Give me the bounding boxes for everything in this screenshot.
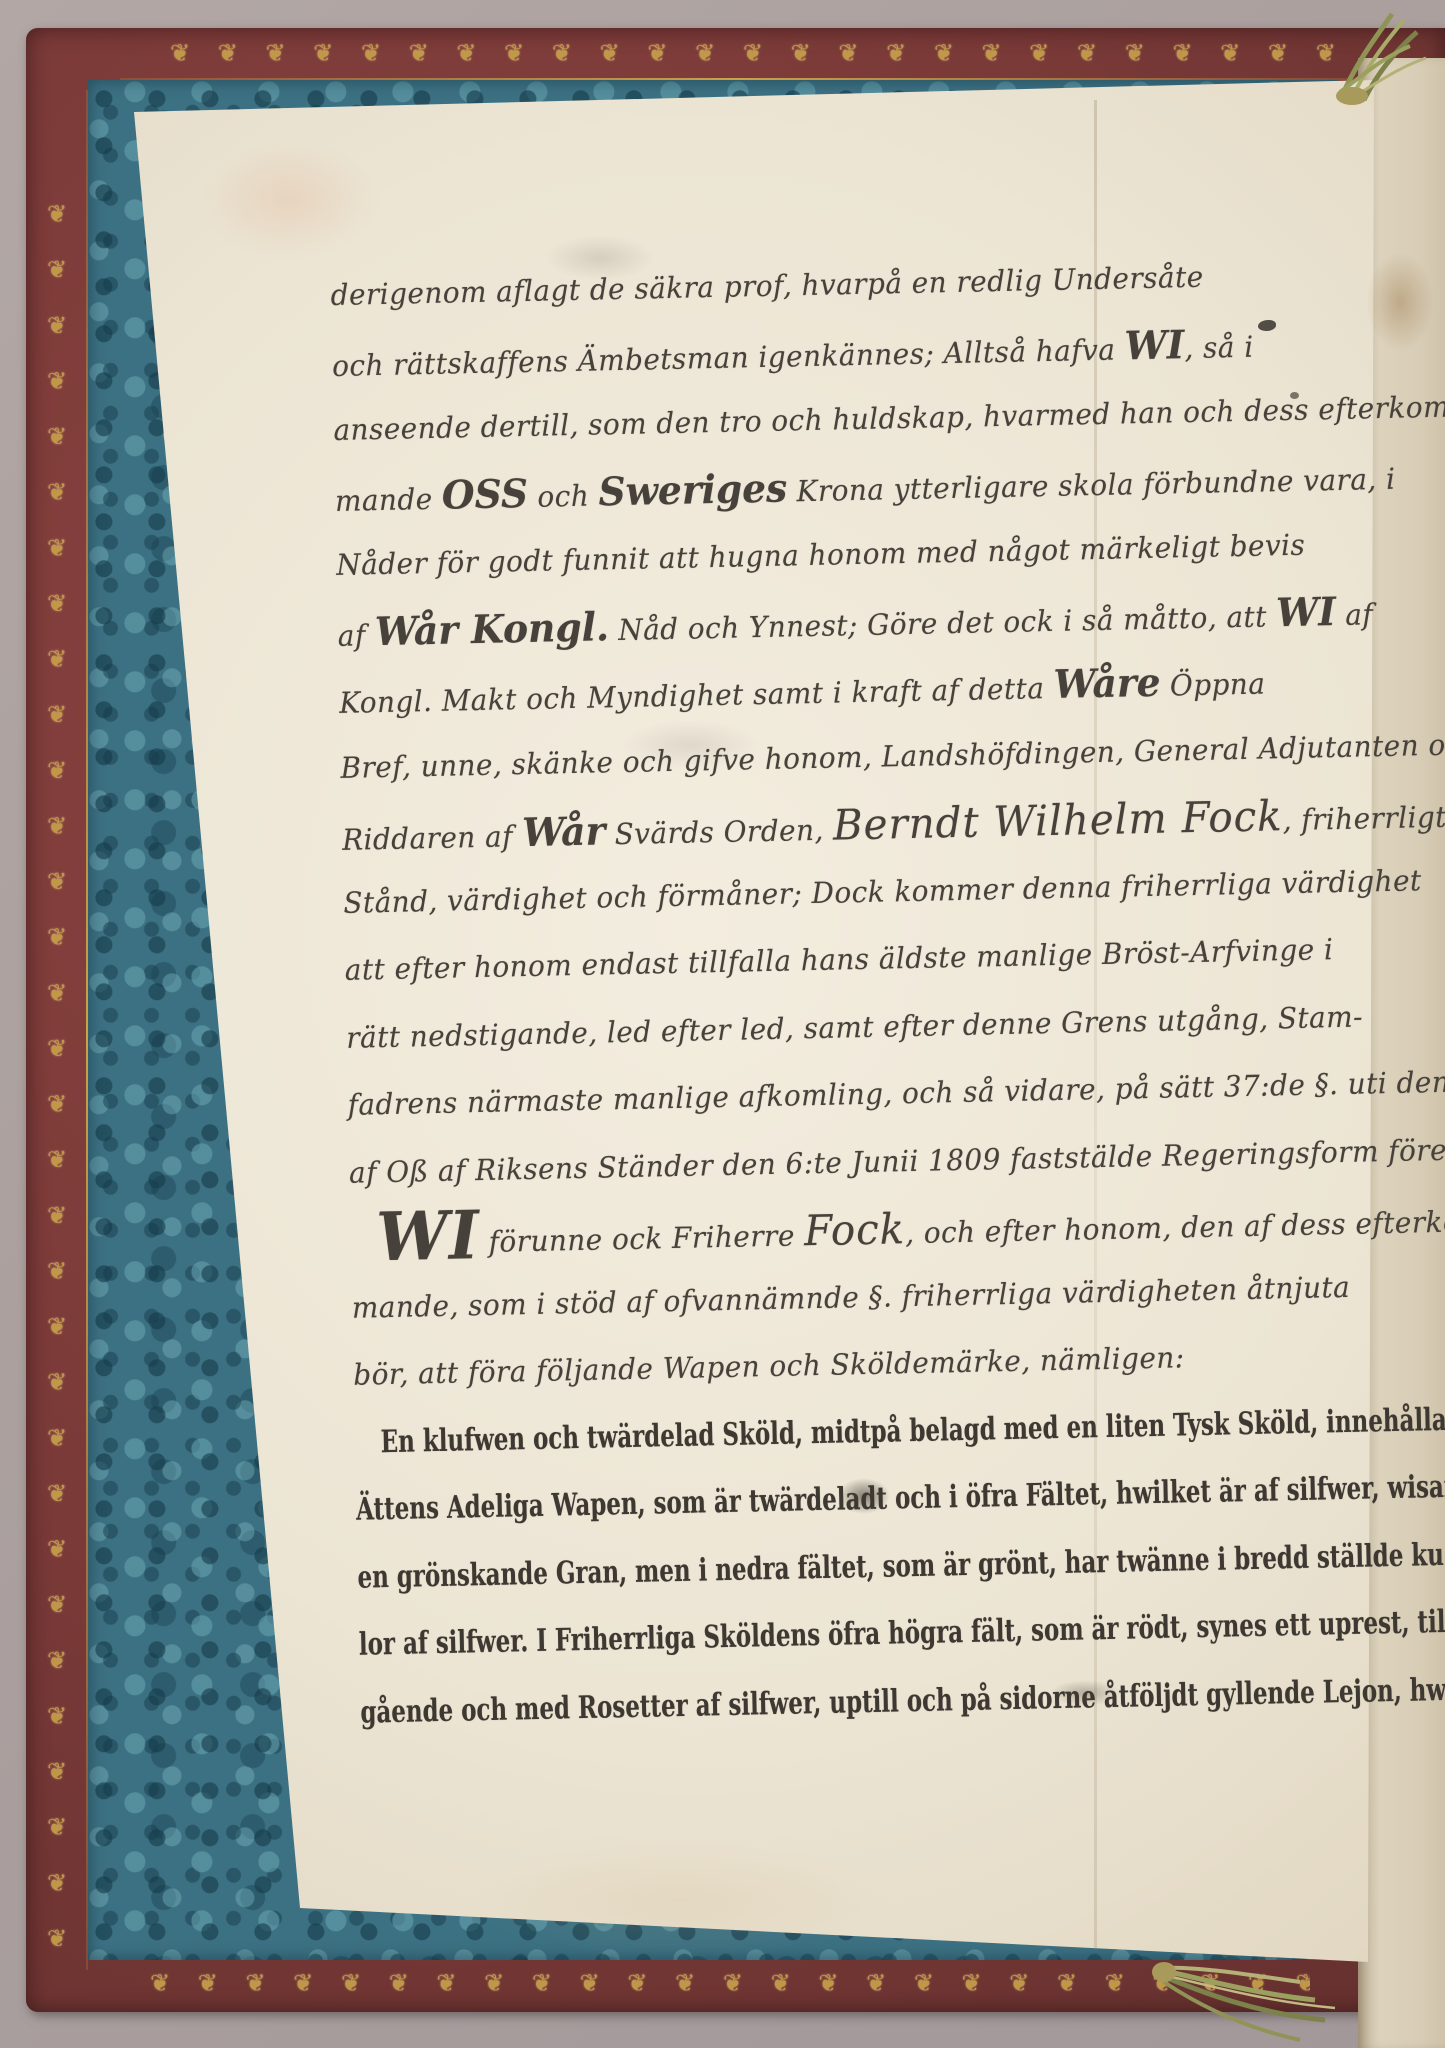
- gold-tooling-left-border: ❦ ❦ ❦ ❦ ❦ ❦ ❦ ❦ ❦ ❦ ❦ ❦ ❦ ❦ ❦ ❦ ❦ ❦ ❦ ❦ …: [34, 200, 74, 1960]
- ornate-word: WI: [376, 1195, 480, 1276]
- handwritten-text: fadrens närmaste manlige afkomling, och …: [347, 1065, 1445, 1122]
- binding-tassel-bottom: [1150, 1958, 1340, 2048]
- ornate-word: Wår: [522, 808, 606, 856]
- ornate-word: Sweriges: [598, 465, 788, 515]
- handwritten-text: af: [1336, 597, 1374, 632]
- handwritten-text: , friherrligt: [1282, 800, 1445, 837]
- handwritten-text: Nåder för godt funnit att hugna honom me…: [336, 528, 1306, 582]
- ornate-word: WI: [1124, 322, 1185, 369]
- handwritten-text: Ättens Adeliga Wapen, som är twärdeladt …: [356, 1469, 1445, 1528]
- handwritten-text: af: [337, 618, 375, 653]
- handwritten-text: En klufwen och twärdelad Sköld, midtpå b…: [380, 1400, 1445, 1459]
- handwritten-text: bör, att föra följande Wapen och Sköldem…: [353, 1340, 1185, 1391]
- handwritten-text: mande, som i stöd af ofvannämnde §. frih…: [352, 1269, 1351, 1324]
- manuscript-text: derigenom aflagt de säkra prof, hvarpå e…: [330, 240, 1391, 1746]
- ornate-word: Wår Kongl.: [374, 604, 609, 655]
- handwritten-text: Bref, unne, skänke och gifve honom, Land…: [340, 727, 1445, 785]
- handwritten-text: Kongl. Makt och Myndighet samt i kraft a…: [339, 671, 1054, 720]
- handwritten-text: lor af silfwer. I Friherrliga Sköldens ö…: [359, 1602, 1445, 1663]
- handwritten-text: Svärds Orden,: [605, 813, 833, 852]
- handwritten-text: och: [528, 478, 599, 513]
- handwritten-text: anseende dertill, som den tro och huldsk…: [333, 389, 1445, 447]
- handwritten-text: , så i: [1184, 329, 1254, 364]
- handwritten-text: Krona ytterligare skola förbundne vara, …: [787, 461, 1396, 508]
- handwritten-text: förunne ock Friherre: [479, 1218, 804, 1259]
- handwritten-text: att efter honom endast tillfalla hans äl…: [344, 932, 1333, 987]
- gold-tooling-top-border: ❦ ❦ ❦ ❦ ❦ ❦ ❦ ❦ ❦ ❦ ❦ ❦ ❦ ❦ ❦ ❦ ❦ ❦ ❦ ❦ …: [170, 36, 1350, 74]
- handwritten-text: Öppna: [1160, 667, 1265, 703]
- ornate-word: WI: [1276, 589, 1337, 636]
- handwritten-text: gående och med Rosetter af silfwer, upti…: [360, 1670, 1445, 1730]
- handwritten-text: rätt nedstigande, led efter led, samt ef…: [346, 999, 1363, 1054]
- handwritten-text: och rättskaffens Ämbetsman igenkännes; A…: [332, 332, 1125, 383]
- handwritten-text: derigenom aflagt de säkra prof, hvarpå e…: [330, 260, 1204, 312]
- binding-tassel-top: [1322, 6, 1432, 106]
- handwritten-text: mande: [335, 481, 443, 517]
- ornate-word: Wåre: [1053, 660, 1161, 708]
- handwritten-text: Riddaren af: [342, 819, 523, 857]
- handwritten-text: Nåd och Ynnest; Göre det ock i så måtto,…: [609, 599, 1277, 647]
- handwritten-text: Stånd, värdighet och förmåner; Dock komm…: [343, 863, 1422, 920]
- photograph-of-open-manuscript-book: ❦ ❦ ❦ ❦ ❦ ❦ ❦ ❦ ❦ ❦ ❦ ❦ ❦ ❦ ❦ ❦ ❦ ❦ ❦ ❦ …: [0, 0, 1445, 2048]
- gold-tooling-bottom-border: ❦ ❦ ❦ ❦ ❦ ❦ ❦ ❦ ❦ ❦ ❦ ❦ ❦ ❦ ❦ ❦ ❦ ❦ ❦ ❦ …: [150, 1966, 1310, 2004]
- ornate-word: Berndt Wilhelm Fock: [832, 791, 1283, 849]
- ornate-word: OSS: [441, 470, 528, 518]
- handwritten-text: en grönskande Gran, men i nedra fältet, …: [357, 1536, 1445, 1595]
- handwritten-text: , och efter honom, den af dess efterkom-: [905, 1204, 1445, 1250]
- handwritten-text: af Oß af Riksens Ständer den 6:te Junii …: [349, 1130, 1445, 1189]
- ornate-word: Fock: [804, 1204, 906, 1255]
